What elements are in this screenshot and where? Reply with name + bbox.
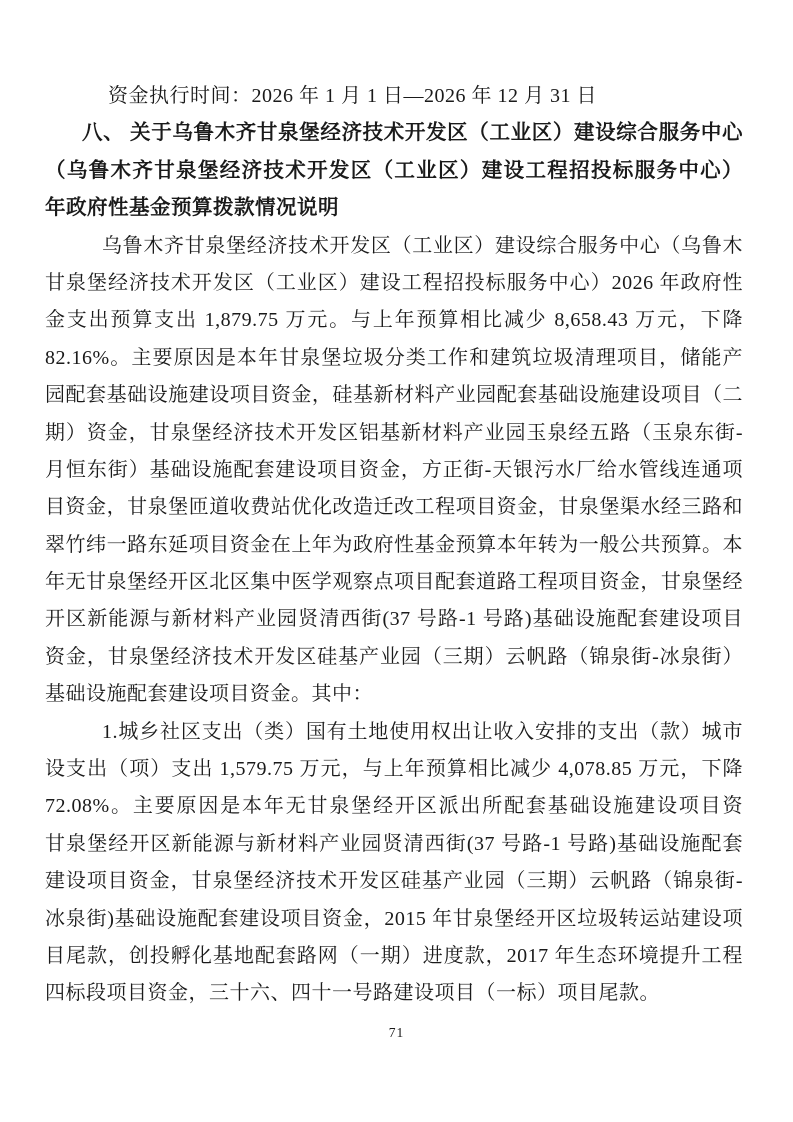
section-heading-line-3: 年政府性基金预算拨款情况说明 (45, 190, 743, 227)
paragraph1-line-11: 开区新能源与新材料产业园贤清西街(37 号路-1 号路)基础设施配套建设项目 (45, 601, 743, 638)
section-heading-line-2: （乌鲁木齐甘泉堡经济技术开发区（工业区）建设工程招投标服务中心）2026 (45, 153, 743, 190)
paragraph2-line-6: 冰泉街)基础设施配套建设项目资金，2015 年甘泉堡经开区垃圾转运站建设项 (45, 901, 743, 938)
paragraph1-line-12: 资金，甘泉堡经济技术开发区硅基产业园（三期）云帆路（锦泉街-冰泉街） (45, 639, 743, 676)
paragraph2-line-2: 设支出（项）支出 1,579.75 万元，与上年预算相比减少 4,078.85 … (45, 751, 743, 788)
paragraph2-line-1: 1.城乡社区支出（类）国有土地使用权出让收入安排的支出（款）城市建 (45, 714, 743, 751)
paragraph1-line-4: 82.16%。主要原因是本年甘泉堡垃圾分类工作和建筑垃圾清理项目，储能产业 (45, 340, 743, 377)
paragraph1-line-10: 年无甘泉堡经开区北区集中医学观察点项目配套道路工程项目资金，甘泉堡经 (45, 564, 743, 601)
page-number: 71 (0, 1023, 793, 1043)
paragraph2-line-8: 四标段项目资金，三十六、四十一号路建设项目（一标）项目尾款。 (45, 975, 743, 1012)
document-body: 资金执行时间：2026 年 1 月 1 日—2026 年 12 月 31 日 八… (45, 78, 743, 1013)
section-heading-line-1: 八、 关于乌鲁木齐甘泉堡经济技术开发区（工业区）建设综合服务中心 (45, 115, 743, 152)
paragraph1-line-7: 月恒东街）基础设施配套建设项目资金，方正街-天银污水厂给水管线连通项 (45, 452, 743, 489)
paragraph1-line-5: 园配套基础设施建设项目资金，硅基新材料产业园配套基础设施建设项目（二 (45, 377, 743, 414)
paragraph2-line-4: 甘泉堡经开区新能源与新材料产业园贤清西街(37 号路-1 号路)基础设施配套 (45, 826, 743, 863)
paragraph1-line-8: 目资金，甘泉堡匝道收费站优化改造迁改工程项目资金，甘泉堡渠水经三路和 (45, 489, 743, 526)
paragraph2-line-5: 建设项目资金，甘泉堡经济技术开发区硅基产业园（三期）云帆路（锦泉街- (45, 863, 743, 900)
document-page: 资金执行时间：2026 年 1 月 1 日—2026 年 12 月 31 日 八… (0, 0, 793, 1122)
paragraph1-line-1: 乌鲁木齐甘泉堡经济技术开发区（工业区）建设综合服务中心（乌鲁木齐 (45, 228, 743, 265)
paragraph2-line-3: 72.08%。主要原因是本年无甘泉堡经开区派出所配套基础设施建设项目资金， (45, 788, 743, 825)
paragraph1-line-3: 金支出预算支出 1,879.75 万元。与上年预算相比减少 8,658.43 万… (45, 302, 743, 339)
paragraph1-line-6: 期）资金，甘泉堡经济技术开发区铝基新材料产业园玉泉经五路（玉泉东街- (45, 415, 743, 452)
execution-time-line: 资金执行时间：2026 年 1 月 1 日—2026 年 12 月 31 日 (45, 78, 743, 115)
paragraph1-line-2: 甘泉堡经济技术开发区（工业区）建设工程招投标服务中心）2026 年政府性基 (45, 265, 743, 302)
paragraph2-line-7: 目尾款，创投孵化基地配套路网（一期）进度款，2017 年生态环境提升工程二、 (45, 938, 743, 975)
paragraph1-line-13: 基础设施配套建设项目资金。其中： (45, 676, 743, 713)
paragraph1-line-9: 翠竹纬一路东延项目资金在上年为政府性基金预算本年转为一般公共预算。本 (45, 527, 743, 564)
